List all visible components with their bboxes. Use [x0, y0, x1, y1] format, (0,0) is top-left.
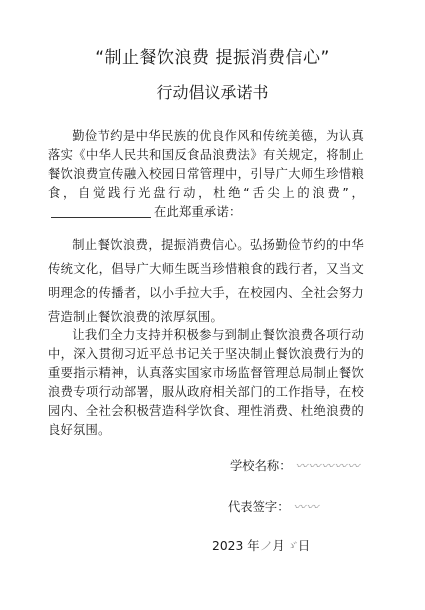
- representative-signature-row: 代表签字： 〰〰: [228, 497, 319, 515]
- school-name-row: 学校名称： 〰〰〰〰〰: [230, 456, 360, 474]
- paragraph-1: 勤俭节约是中华民族的优良作风和传统美德，为认真落实《中华人民共和国反食品浪费法》…: [48, 127, 364, 222]
- date-day-label: 日: [298, 539, 310, 553]
- date-year: 2023 年: [212, 539, 260, 553]
- paragraph-3: 让我们全力支持并积极参与到制止餐饮浪费各项行动中，深入贯彻习近平总书记关于坚决制…: [48, 326, 364, 440]
- paragraph-1-end: 在此郑重承诺：: [154, 205, 241, 219]
- school-name-label: 学校名称：: [230, 459, 292, 473]
- representative-handwriting: 〰〰: [293, 500, 319, 514]
- paragraph-2: 制止餐饮浪费，提振消费信心。弘扬勤俭节约的中华传统文化，倡导广大师生既当珍惜粮食…: [48, 233, 364, 329]
- fill-in-blank: [51, 205, 151, 218]
- date-month-label: 月: [273, 539, 285, 553]
- paragraph-3-text: 让我们全力支持并积极参与到制止餐饮浪费各项行动中，深入贯彻习近平总书记关于坚决制…: [48, 328, 364, 437]
- school-name-handwriting: 〰〰〰〰〰: [295, 459, 360, 473]
- representative-label: 代表签字：: [228, 500, 290, 514]
- paragraph-1-text: 勤俭节约是中华民族的优良作风和传统美德，为认真落实《中华人民共和国反食品浪费法》…: [48, 129, 364, 200]
- title-line-2: 行动倡议承诺书: [0, 80, 425, 103]
- title-line-1: “制止餐饮浪费 提振消费信心”: [0, 43, 425, 68]
- day-handwriting: ゞ: [285, 539, 298, 553]
- paragraph-2-text: 制止餐饮浪费，提振消费信心。弘扬勤俭节约的中华传统文化，倡导广大师生既当珍惜粮食…: [48, 238, 364, 324]
- date-row: 2023 年ノ月ゞ日: [212, 536, 310, 554]
- month-handwriting: ノ: [260, 539, 273, 553]
